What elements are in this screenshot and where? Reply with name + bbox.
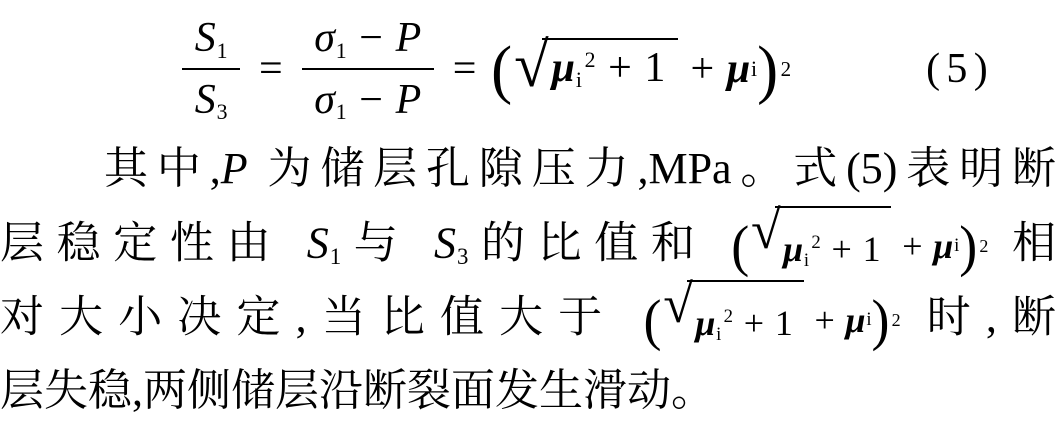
sqrt-expression: √μi2+1 xyxy=(663,280,803,360)
mu-symbol: μ xyxy=(695,303,715,343)
pressure-variable: P xyxy=(396,77,422,123)
text-line-1: 其中,P 为储层孔隙压力,MPa。式(5)表明断 xyxy=(0,132,1056,206)
s3-subscript: 3 xyxy=(457,244,468,269)
equals-sign: = xyxy=(259,45,283,93)
sigma-symbol: σ xyxy=(314,15,335,61)
paper-page: S1 S3 = σ1−P σ1−P = ( √ μi2+1 + μi ) 2 (… xyxy=(0,0,1056,425)
equals-sign: = xyxy=(453,45,477,93)
text-run: 对大小决定,当比值大于 xyxy=(0,292,643,341)
sqrt-symbol-icon: √ xyxy=(514,34,549,97)
mu-symbol: μ xyxy=(933,209,953,283)
plus-operator: + xyxy=(608,45,632,91)
open-paren: ( xyxy=(643,291,661,348)
sqrt-expression: √μi2+1 xyxy=(751,206,891,286)
mu-symbol: μ xyxy=(783,229,803,269)
text-line-2: 层稳定性由 S1与 S3的比值和 (√μi2+1+μi)2 相 xyxy=(0,206,1056,280)
s1-subscript: 1 xyxy=(330,244,341,269)
pressure-variable: P xyxy=(396,15,422,61)
sigma-subscript: 1 xyxy=(336,100,347,124)
sqrt-symbol-icon: √ xyxy=(663,277,693,331)
mu-subscript: i xyxy=(804,250,809,271)
minus-operator: − xyxy=(359,15,383,61)
text-run: 的比值和 xyxy=(468,218,731,267)
fraction-numerator: σ1−P xyxy=(302,14,434,68)
s3-variable: S xyxy=(434,218,456,267)
fraction-numerator: S1 xyxy=(182,14,240,68)
sigma-fraction: σ1−P σ1−P xyxy=(302,14,434,124)
text-line-3: 对大小决定,当比值大于 (√μi2+1+μi)2 时,断 xyxy=(0,280,1056,354)
mu-squared-superscript: 2 xyxy=(724,306,733,327)
sqrt-expression: √ μi2+1 xyxy=(514,38,678,101)
radicand: μi2+1 xyxy=(542,38,678,92)
s3-variable: S xyxy=(195,77,216,123)
one-constant: 1 xyxy=(863,229,881,269)
one-constant: 1 xyxy=(775,303,793,343)
radicand: μi2+1 xyxy=(775,206,891,286)
display-equation: S1 S3 = σ1−P σ1−P = ( √ μi2+1 + μi ) 2 (… xyxy=(0,0,1056,132)
close-paren: ) xyxy=(872,291,890,348)
open-paren: ( xyxy=(491,36,512,102)
text-run: 相 xyxy=(988,218,1056,267)
mu-symbol: μ xyxy=(552,45,575,91)
pressure-variable: P xyxy=(221,144,248,193)
sigma-subscript: 1 xyxy=(336,39,347,63)
fraction-denominator: σ1−P xyxy=(302,68,434,124)
s1-variable: S xyxy=(195,15,216,61)
equation-number: (5) xyxy=(926,45,994,93)
mu-symbol: μ xyxy=(846,283,866,357)
s3-subscript: 3 xyxy=(217,100,228,124)
text-run: 其中, xyxy=(104,144,221,193)
radicand: μi2+1 xyxy=(687,280,803,360)
sigma-symbol: σ xyxy=(314,77,335,123)
s1-variable: S xyxy=(307,218,329,267)
mu-subscript: i xyxy=(716,324,721,345)
plus-operator: + xyxy=(902,209,922,283)
mu-symbol: μ xyxy=(727,45,750,93)
mu-squared-superscript: 2 xyxy=(585,48,596,72)
fraction-denominator: S3 xyxy=(182,68,240,124)
plus-operator: + xyxy=(691,45,715,93)
s-ratio-fraction: S1 S3 xyxy=(182,14,240,124)
body-paragraph: 其中,P 为储层孔隙压力,MPa。式(5)表明断 层稳定性由 S1与 S3的比值… xyxy=(0,132,1056,425)
one-constant: 1 xyxy=(644,45,665,91)
minus-operator: − xyxy=(359,77,383,123)
plus-operator: + xyxy=(831,229,851,269)
text-line-4: 层失稳,两侧储层沿断裂面发生滑动。 xyxy=(0,354,1056,425)
s1-subscript: 1 xyxy=(217,39,228,63)
close-paren: ) xyxy=(757,36,778,102)
friction-expression: ( √ μi2+1 + μi ) 2 xyxy=(491,38,791,101)
mu-subscript: i xyxy=(576,68,582,92)
plus-operator: + xyxy=(744,303,764,343)
mu-squared-superscript: 2 xyxy=(811,232,820,253)
close-paren: ) xyxy=(959,217,977,274)
text-run: 为储层孔隙压力,MPa。式(5)表明断 xyxy=(248,144,1056,193)
text-run: 时,断 xyxy=(901,292,1056,341)
open-paren: ( xyxy=(731,217,749,274)
sqrt-symbol-icon: √ xyxy=(751,203,781,257)
plus-operator: + xyxy=(814,283,834,357)
inline-friction-expression: (√μi2+1+μi)2 xyxy=(643,280,900,360)
text-run: 与 xyxy=(341,218,434,267)
text-run: 层稳定性由 xyxy=(0,218,307,267)
text-run: 层失稳,两侧储层沿断裂面发生滑动。 xyxy=(0,366,715,415)
inline-friction-expression: (√μi2+1+μi)2 xyxy=(731,206,988,286)
